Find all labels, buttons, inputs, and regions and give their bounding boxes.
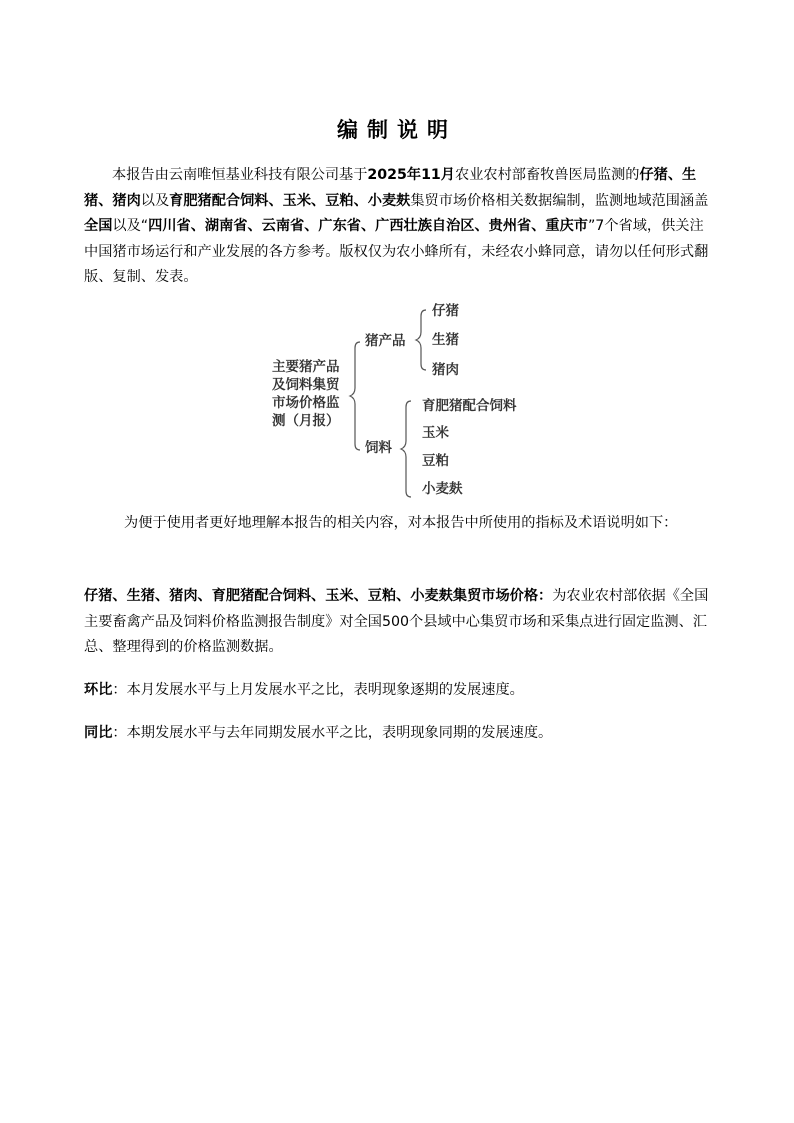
- item-piglet: 仔猪: [432, 303, 459, 320]
- intro-text: 农业农村部畜牧兽医局监测的: [455, 167, 639, 183]
- intro-text: 集贸市场价格相关数据编制，监测地域范围涵盖: [410, 193, 708, 209]
- group-label-pig-products: 猪产品: [365, 333, 406, 350]
- definition-term: 仔猪、生猪、猪肉、育肥猪配合饲料、玉米、豆粕、小麦麸集贸市场价格：: [84, 588, 552, 604]
- item-wheat-bran: 小麦麸: [422, 481, 463, 498]
- definition-text: ：本期发展水平与去年同期发展水平之比，表明现象同期的发展速度。: [112, 725, 552, 741]
- region-provinces: 四川省、湖南省、云南省、广东省、广西壮族自治区、贵州省、重庆市: [148, 218, 588, 234]
- intro-text: 以及“: [112, 218, 148, 234]
- explain-intro: 为便于使用者更好地理解本报告的相关内容，对本报告中所使用的指标及术语说明如下：: [84, 511, 714, 537]
- intro-text: 以及: [141, 193, 169, 209]
- item-pork: 猪肉: [432, 362, 459, 379]
- region-national: 全国: [84, 218, 112, 234]
- group-label-feed: 饲料: [365, 440, 392, 457]
- intro-text: 本报告由云南唯恒基业科技有限公司基于: [112, 167, 367, 183]
- definition-market-price: 仔猪、生猪、猪肉、育肥猪配合饲料、玉米、豆粕、小麦麸集贸市场价格：为农业农村部依…: [84, 584, 714, 661]
- intro-paragraph: 本报告由云南唯恒基业科技有限公司基于2025年11月农业农村部畜牧兽医局监测的仔…: [84, 163, 714, 291]
- item-corn: 玉米: [422, 425, 449, 442]
- item-soybean-meal: 豆粕: [422, 453, 449, 470]
- definition-text: ：本月发展水平与上月发展水平之比，表明现象逐期的发展速度。: [112, 682, 523, 698]
- item-live-pig: 生猪: [432, 332, 459, 349]
- item-fattening-feed: 育肥猪配合饲料: [422, 398, 517, 415]
- page-title: 编制说明: [0, 114, 794, 144]
- definition-term: 同比: [84, 725, 112, 741]
- definition-mom: 环比：本月发展水平与上月发展水平之比，表明现象逐期的发展速度。: [84, 678, 714, 704]
- definition-yoy: 同比：本期发展水平与去年同期发展水平之比，表明现象同期的发展速度。: [84, 721, 714, 747]
- feed-products: 育肥猪配合饲料、玉米、豆粕、小麦麸: [169, 193, 410, 209]
- diagram-root-label: 主要猪产品及饲料集贸市场价格监测（月报）: [272, 358, 352, 430]
- definition-term: 环比: [84, 682, 112, 698]
- report-month: 2025年11月: [367, 167, 455, 183]
